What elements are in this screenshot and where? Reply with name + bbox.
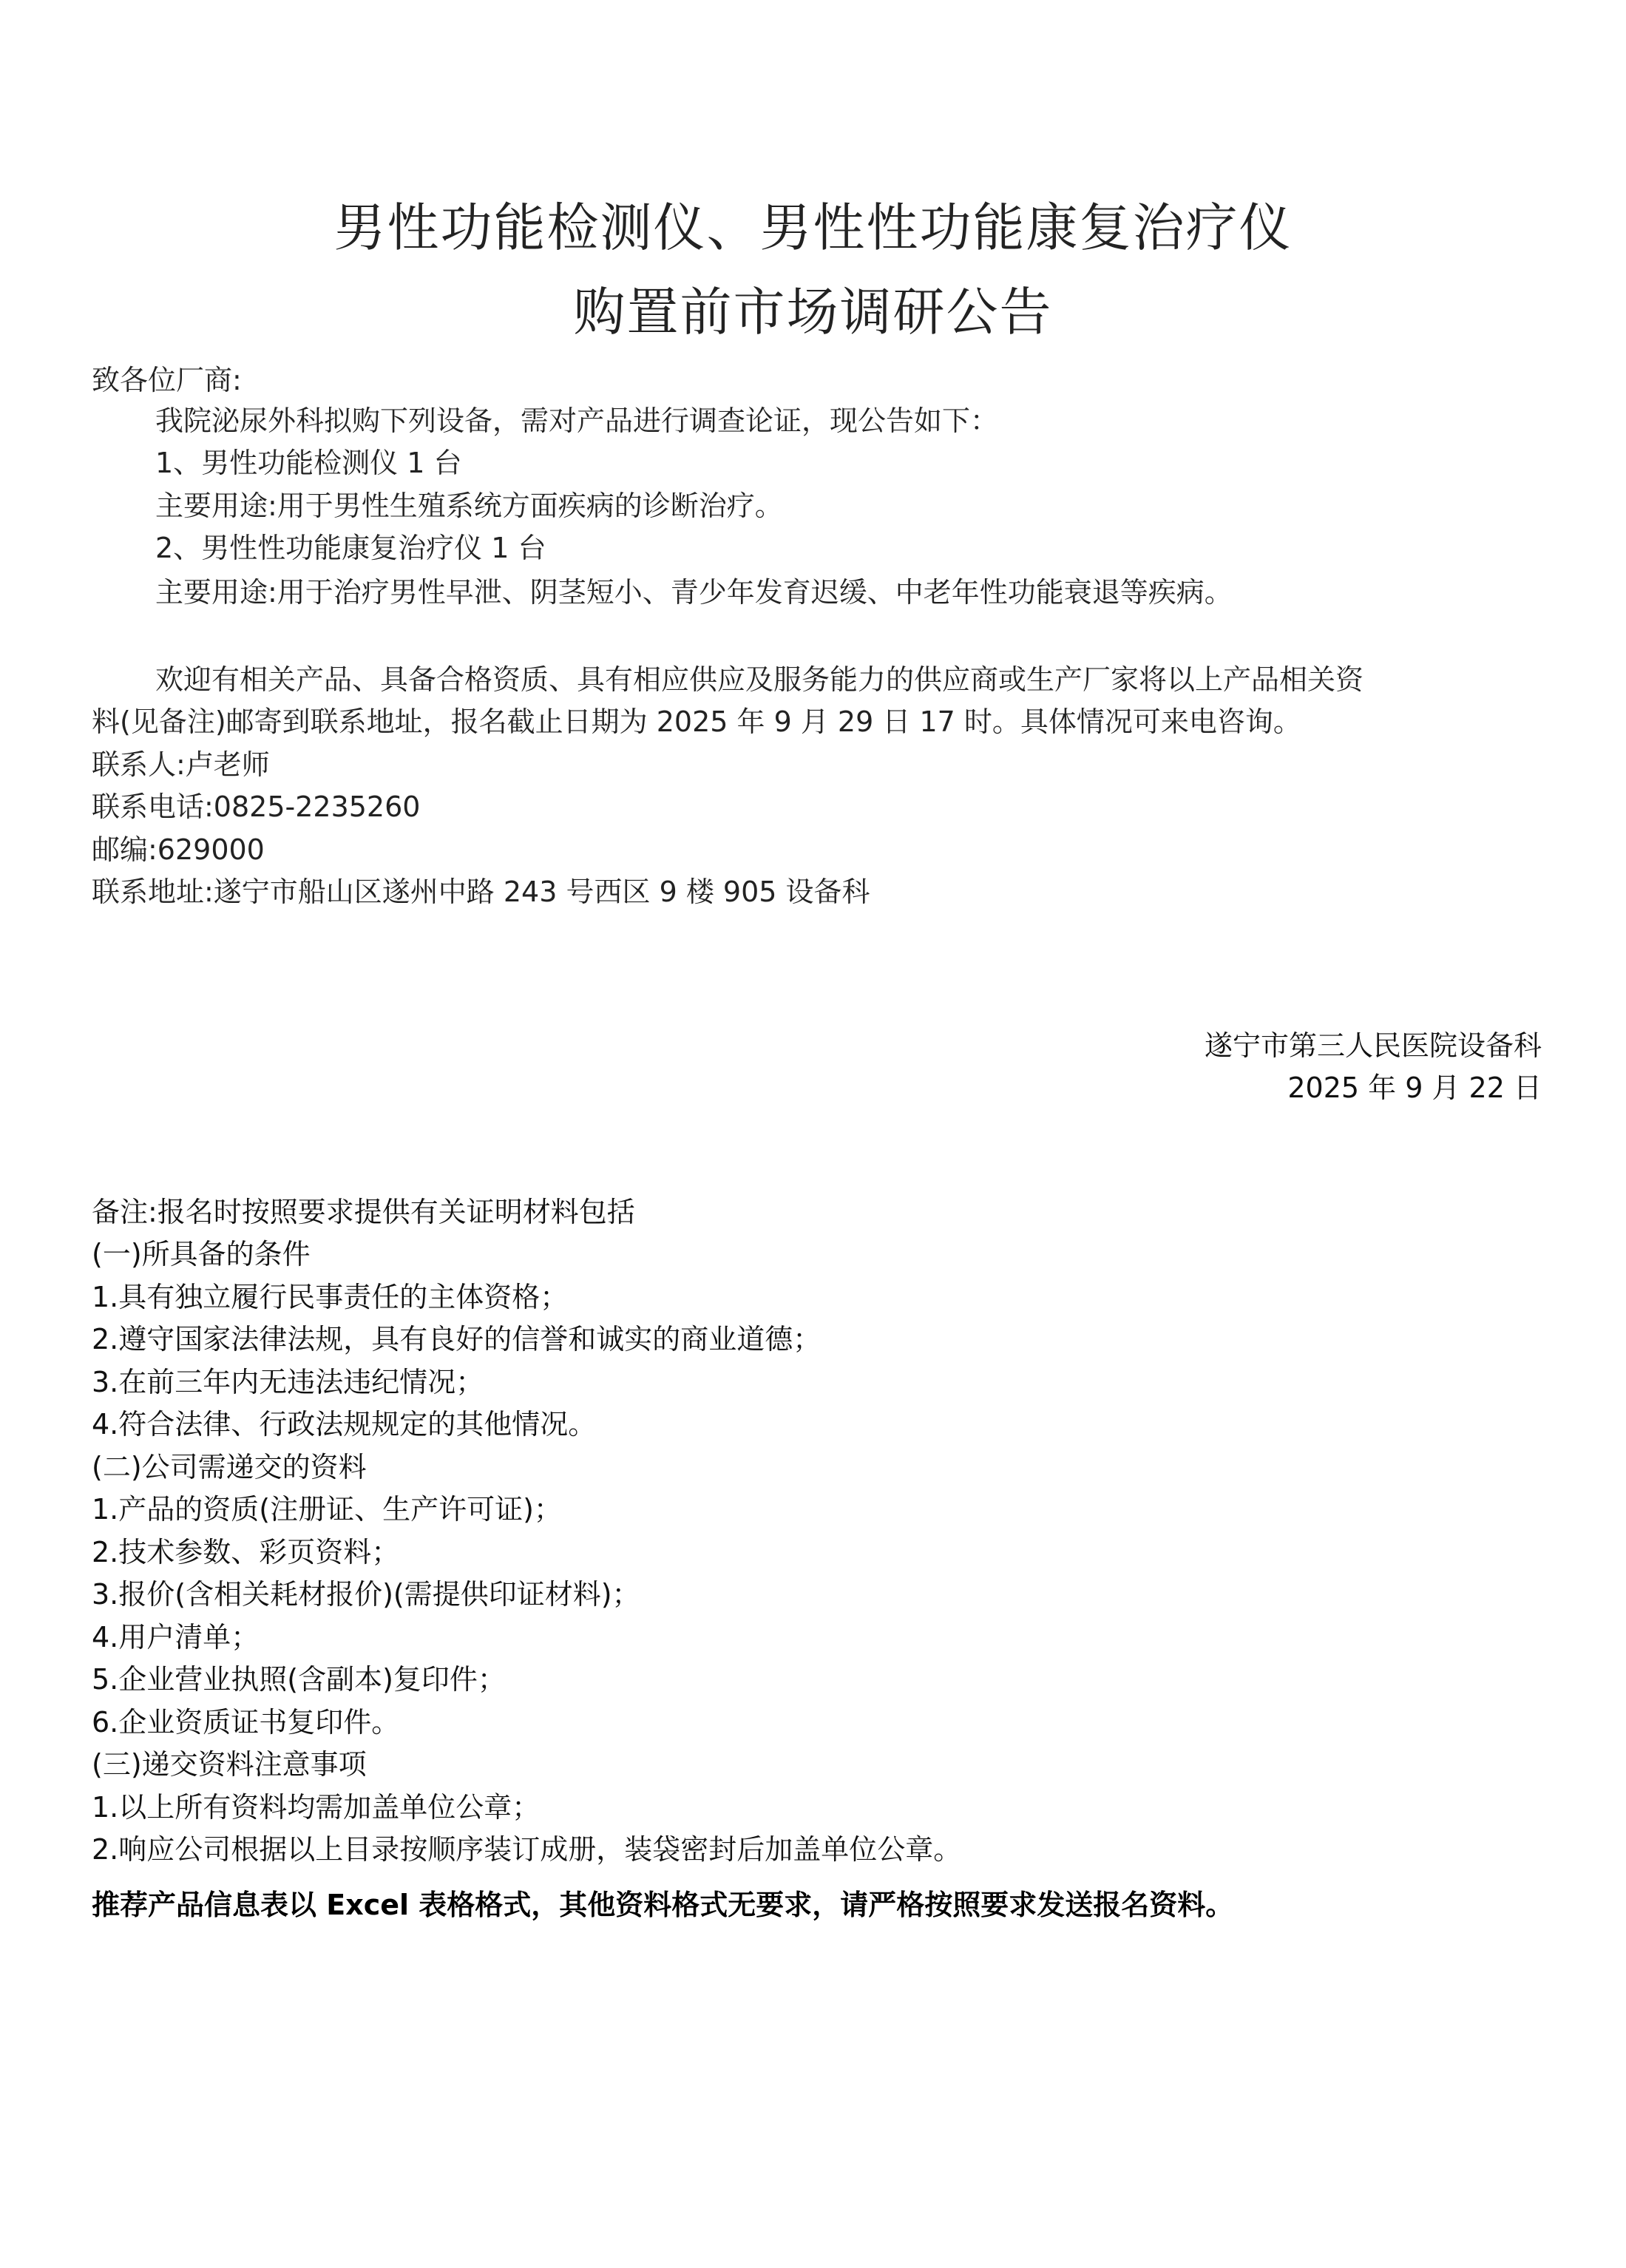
notes-item: 4.符合法律、行政法规规定的其他情况。 [92,1407,596,1442]
notes-item: 4.用户清单； [92,1619,259,1655]
invitation-line-2: 料(见备注)邮寄到联系地址，报名截止日期为 2025 年 9 月 29 日 17… [92,704,1301,739]
signature-date: 2025 年 9 月 22 日 [1287,1070,1542,1106]
signature-org: 遂宁市第三人民医院设备科 [1205,1028,1542,1063]
notes-section-3-title: (三)递交资料注意事项 [92,1747,367,1782]
contact-postcode: 邮编:629000 [92,832,265,867]
notes-item: 3.报价(含相关耗材报价)(需提供印证材料)； [92,1577,640,1612]
notes-item: 5.企业营业执照(含副本)复印件； [92,1662,506,1697]
notes-item: 2.响应公司根据以上目录按顺序装订成册，装袋密封后加盖单位公章。 [92,1832,961,1867]
notes-section-1-title: (一)所具备的条件 [92,1236,311,1272]
notes-item: 6.企业资质证书复印件。 [92,1705,399,1740]
item-1-purpose: 主要用途:用于男性生殖系统方面疾病的诊断治疗。 [155,488,783,524]
item-2-purpose: 主要用途:用于治疗男性早泄、阴茎短小、青少年发育迟缓、中老年性功能衰退等疾病。 [155,575,1233,610]
document-title-line1: 男性功能检测仪、男性性功能康复治疗仪 [0,198,1626,257]
notes-item: 1.具有独立履行民事责任的主体资格； [92,1279,568,1315]
item-2-name: 2、男性性功能康复治疗仪 1 台 [155,530,546,566]
notes-item: 2.技术参数、彩页资料； [92,1534,399,1570]
notes-item: 1.以上所有资料均需加盖单位公章； [92,1790,540,1825]
notes-item: 2.遵守国家法律法规，具有良好的信誉和诚实的商业道德； [92,1321,821,1357]
salutation: 致各位厂商: [92,362,242,398]
notes-item: 1.产品的资质(注册证、生产许可证)； [92,1492,562,1527]
item-1-name: 1、男性功能检测仪 1 台 [155,445,462,481]
invitation-line-1: 欢迎有相关产品、具备合格资质、具有相应供应及服务能力的供应商或生产厂家将以上产品… [155,662,1364,697]
bold-notice: 推荐产品信息表以 Excel 表格格式，其他资料格式无要求，请严格按照要求发送报… [92,1887,1233,1923]
document-title-line2: 购置前市场调研公告 [0,282,1626,342]
notes-heading: 备注:报名时按照要求提供有关证明材料包括 [92,1194,635,1230]
contact-person: 联系人:卢老师 [92,747,270,782]
notes-section-2-title: (二)公司需递交的资料 [92,1449,367,1485]
contact-address: 联系地址:遂宁市船山区遂州中路 243 号西区 9 楼 905 设备科 [92,874,870,910]
notes-item: 3.在前三年内无违法违纪情况； [92,1364,484,1400]
intro-paragraph: 我院泌尿外科拟购下列设备，需对产品进行调查论证，现公告如下： [155,403,998,439]
contact-phone: 联系电话:0825-2235260 [92,789,420,825]
